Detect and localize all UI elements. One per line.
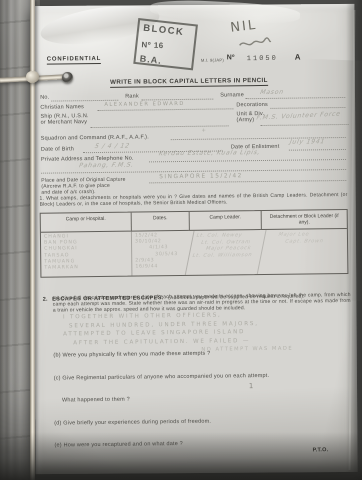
question-2c-text: (c) Give Regimental particulars of anyon… [54, 373, 270, 382]
confidential-marking: CONFIDENTIAL [47, 56, 101, 65]
question-2b-text: (b) Were you physically fit when you mad… [53, 351, 210, 359]
camps-table: Camp or Hospital. Dates. Camp Leader. De… [40, 209, 349, 278]
col-header-dates: Dates. [131, 212, 189, 232]
field-label-christian-names: Christian Names [40, 104, 84, 111]
series-letter: A [295, 53, 301, 62]
address-handwriting-2: Pahang, F.M.S. [78, 162, 134, 170]
serial-number: 11050 [247, 55, 278, 63]
dates-cell: 15/2/42 30/10/42 4/1/43 30/5/43 2/9/43 1… [131, 231, 190, 276]
field-line [261, 124, 349, 126]
capture-handwriting: SINGAPORE 15/2/42 [159, 173, 243, 180]
field-label-ship-2: or Merchant Navy [41, 119, 88, 126]
field-label-no: No. [40, 95, 49, 101]
form-instruction-heading: WRITE IN BLOCK CAPITAL LETTERS IN PENCIL [110, 77, 268, 88]
form-content: CONFIDENTIAL BLOCK Nº 16 B.A. NIL M.I. 9… [0, 0, 362, 480]
nil-annotation: NIL [230, 18, 258, 36]
christian-names-handwriting: ALEXANDER EDWARD [104, 101, 185, 108]
col-header-block-leader: Detachment or Block Leader (if any). [261, 210, 347, 230]
col-header-camp: Camp or Hospital. [41, 213, 131, 233]
question-2c-what-happened: What happened to them ? [62, 397, 130, 404]
field-line [289, 149, 346, 151]
leader-entry: Lt. Col. Williamson [192, 252, 258, 259]
surname-handwriting: Mason [260, 89, 285, 96]
escape-answer-handwriting: I TOGETHER WITH OTHER OFFICERS, SEVERAL … [63, 311, 259, 348]
question-2-number: 2. [43, 297, 48, 303]
field-label-rank: Rank [125, 94, 139, 100]
field-label-decorations: Decorations [236, 102, 268, 109]
unit-handwriting: F.M.S. Volunteer Force [256, 111, 341, 122]
col-header-leader: Camp Leader. [189, 211, 261, 231]
stray-pencil-mark: 1 [249, 382, 254, 390]
question-2e-text: (e) How were you recaptured and on what … [54, 441, 183, 449]
question-1-text: 1. What camps, detachments or hospitals … [39, 193, 347, 208]
number-label: Nº [227, 54, 235, 62]
leaders-cell: Lt. Col. Newey Lt. Col. Owtram Major Pea… [185, 230, 266, 275]
block-stamp: BLOCK Nº 16 B.A. [133, 18, 198, 70]
question-2a-text: (a) Give full description and approx. da… [53, 293, 351, 314]
field-label-squadron: Squadron and Command (R.A.F., A.A.F.). [41, 134, 149, 142]
enlistment-handwriting: July 1941 [289, 138, 326, 145]
field-line [149, 159, 346, 162]
address-handwriting-1: Kerdau Estate, Kuala Lipis, [158, 149, 261, 157]
field-label-army: (Army) [237, 117, 255, 124]
camps-cell: CHANGI BAN PONG CHUNGKAI TARSAO TAMUANG … [41, 232, 132, 277]
block-leaders-cell: Major Lee Capt. Brown [257, 229, 352, 274]
department-reference: M.I. 9(JAP) [201, 58, 224, 63]
signature-squiggle [238, 37, 272, 49]
question-2d-text: (d) Give briefly your experiences during… [54, 419, 211, 427]
eyelet-grommet [62, 72, 73, 83]
field-line [97, 108, 233, 111]
stamp-line-2: Nº 16 [141, 40, 164, 50]
field-line [245, 97, 345, 99]
field-line [270, 107, 345, 109]
field-line [149, 180, 346, 183]
dob-handwriting: 5 / 4 / 12 [94, 143, 130, 150]
block-leader-entry: Capt. Brown [267, 237, 347, 244]
fit-answer-handwriting: NO ATTEMPT WAS MADE [201, 346, 293, 353]
camp-entry: TAMARKAN [44, 265, 128, 272]
date-entry: 16/9/44 [135, 264, 186, 271]
field-label-surname: Surname [220, 92, 244, 99]
document-photo: CONFIDENTIAL BLOCK Nº 16 B.A. NIL M.I. 9… [0, 0, 362, 480]
pto-marking: P.T.O. [313, 447, 329, 454]
field-line [91, 125, 229, 128]
pencil-plus-mark: + [202, 128, 208, 134]
field-label-dob: Date of Birth [41, 146, 74, 153]
